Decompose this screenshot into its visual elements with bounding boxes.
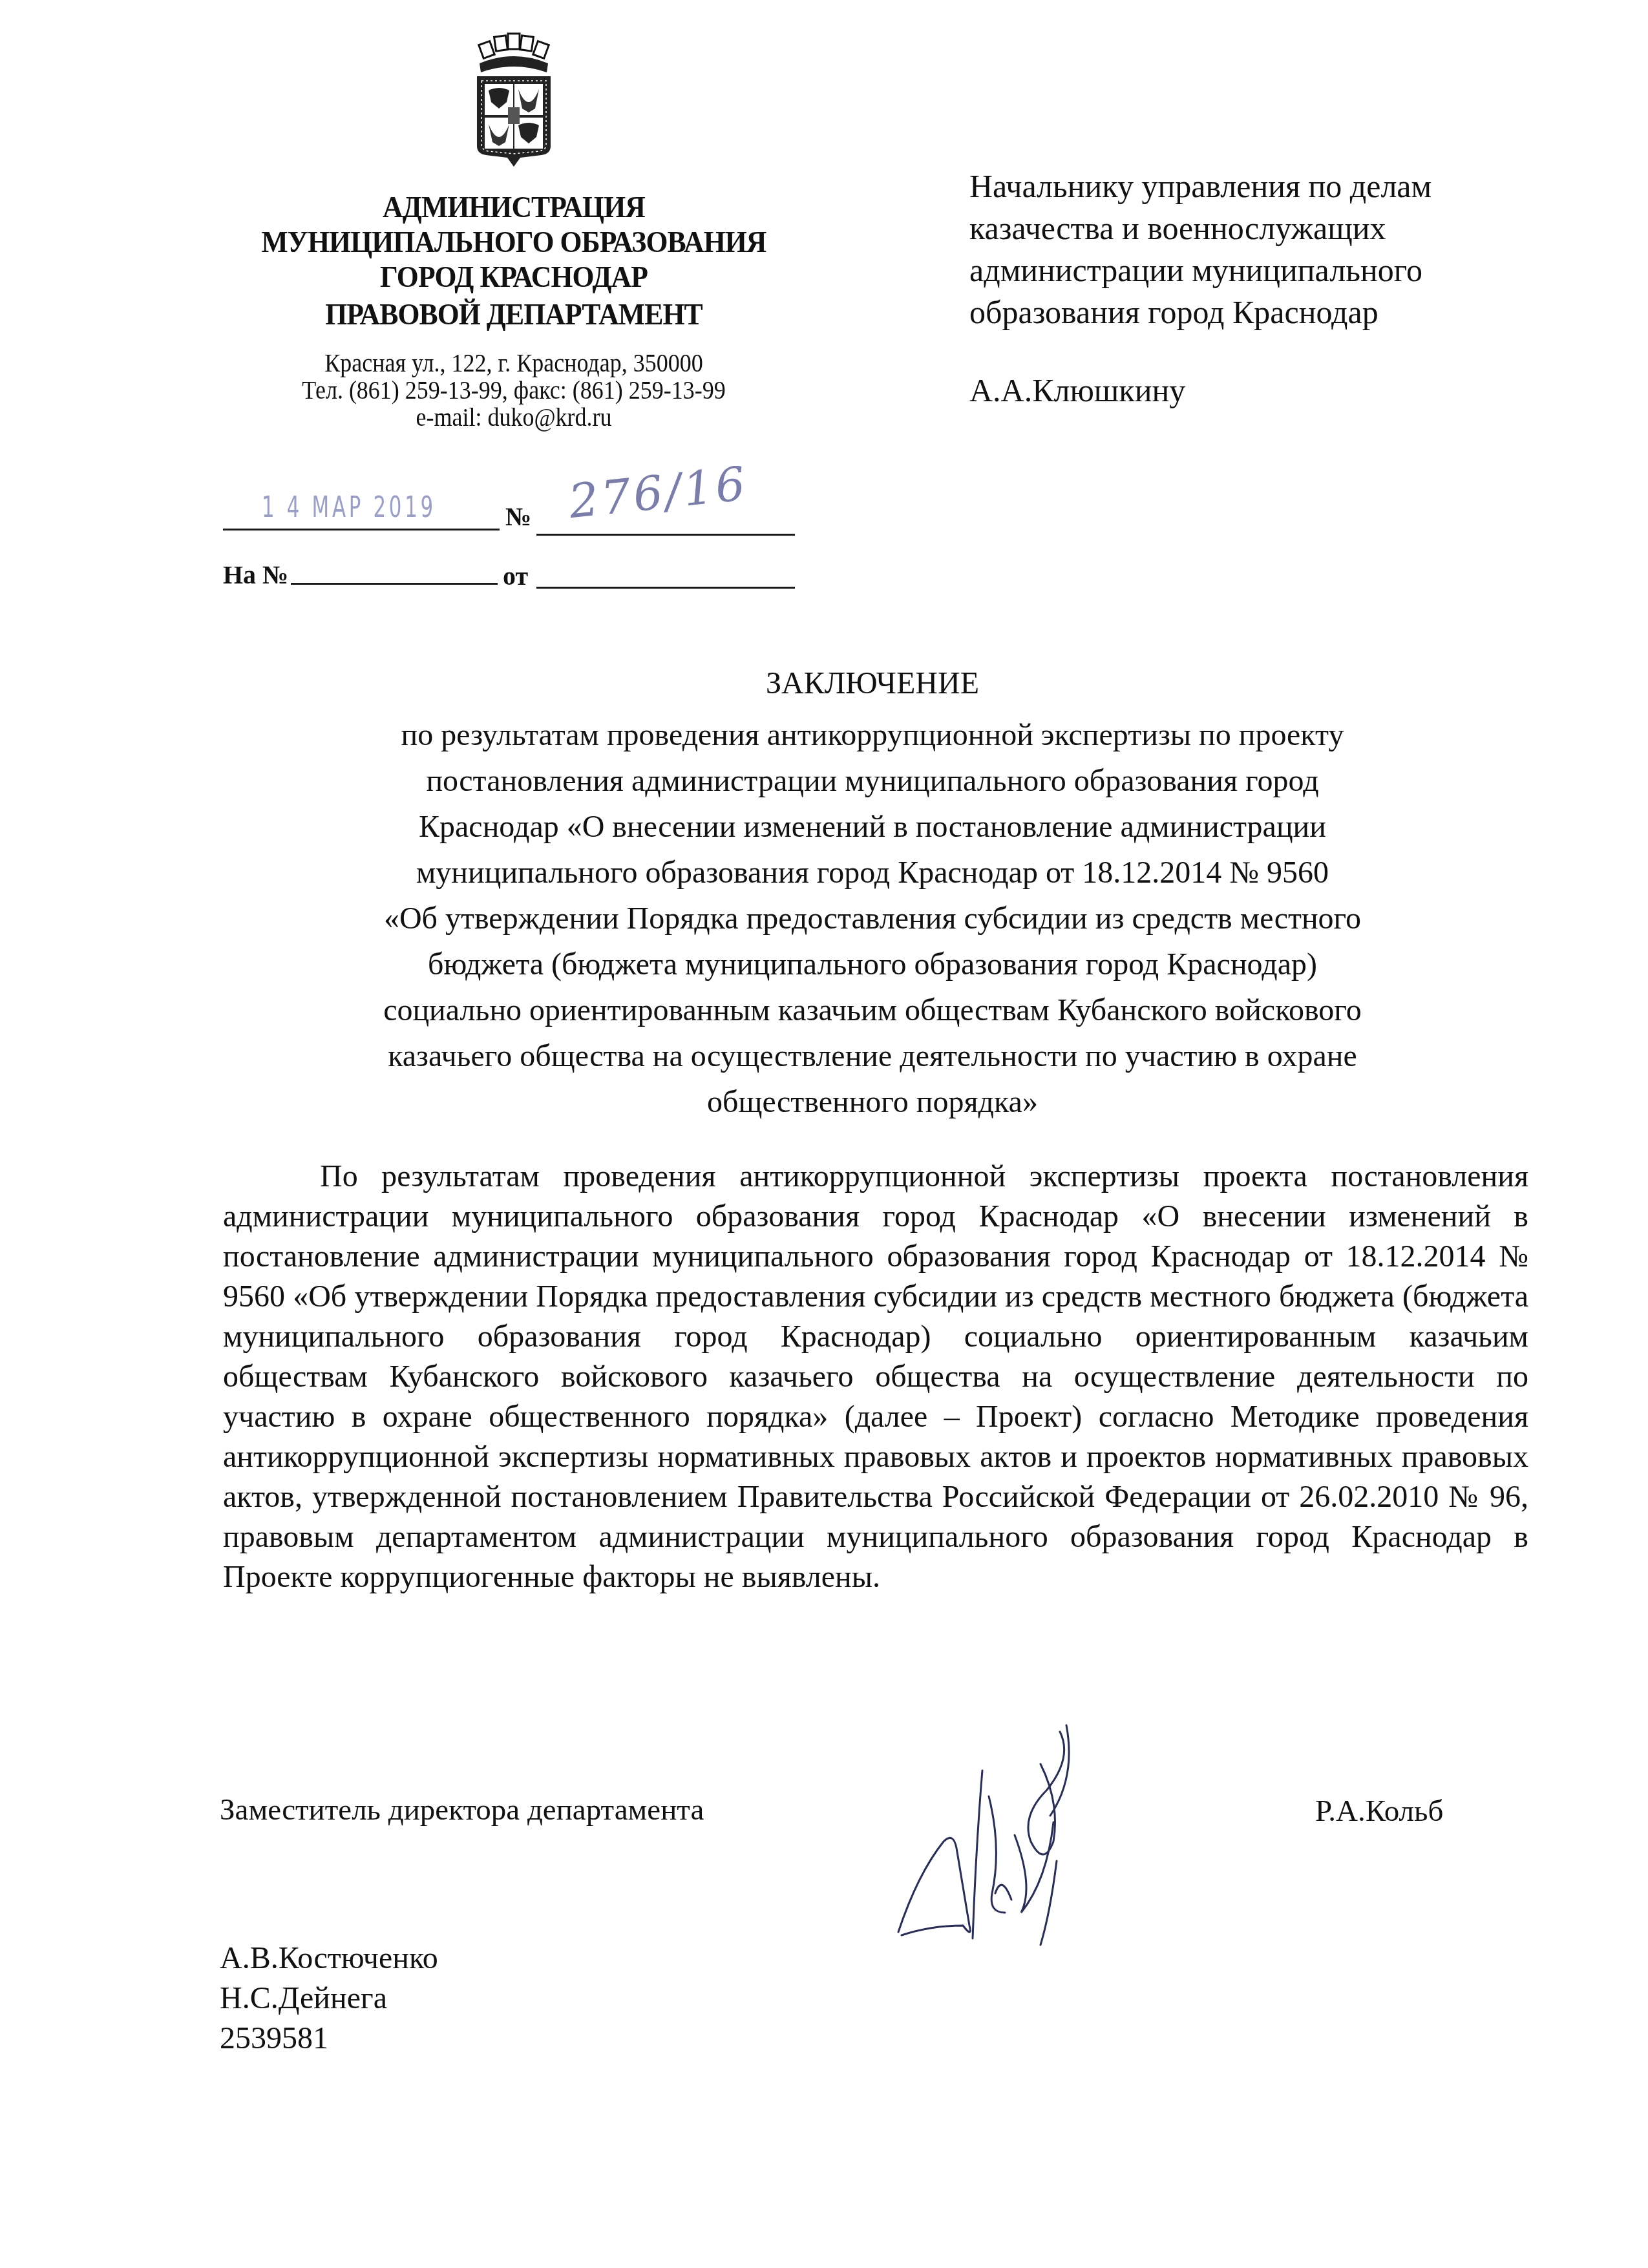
number-label: № <box>505 504 531 530</box>
handwritten-signature-icon <box>892 1719 1163 1964</box>
org-name-line-2: МУНИЦИПАЛЬНОГО ОБРАЗОВАНИЯ <box>217 227 812 258</box>
subject-line: муниципального образования город Краснод… <box>194 850 1551 896</box>
reply-number-field[interactable] <box>291 583 498 585</box>
subject-line: Краснодар «О внесении изменений в постан… <box>194 804 1551 850</box>
phone-fax: Тел. (861) 259-13-99, факс: (861) 259-13… <box>226 377 802 403</box>
number-underline <box>536 534 795 536</box>
email[interactable]: e-mail: duko@krd.ru <box>226 404 802 430</box>
recipient-line: казачества и военнослужащих <box>969 207 1431 249</box>
recipient-block: Начальнику управления по делам казачеств… <box>969 165 1431 333</box>
signatory-name: Р.А.Кольб <box>1315 1796 1443 1827</box>
date-stamp: 1 4 МАР 2019 <box>262 491 436 524</box>
executor-phone: 2539581 <box>220 2019 438 2059</box>
executors-block: А.В.Костюченко Н.С.Дейнега 2539581 <box>220 1938 438 2059</box>
body-paragraph: По результатам проведения антикоррупцион… <box>223 1157 1528 1597</box>
document-heading: ЗАКЛЮЧЕНИЕ <box>194 666 1551 701</box>
department-name: ПРАВОВОЙ ДЕПАРТАМЕНТ <box>217 300 812 330</box>
org-name-line-1: АДМИНИСТРАЦИЯ <box>217 193 812 223</box>
reply-from-label: от <box>503 563 528 589</box>
subject-line: социально ориентированным казачьим общес… <box>194 987 1551 1033</box>
recipient-line: образования город Краснодар <box>969 291 1431 333</box>
date-underline <box>223 529 500 530</box>
subject-line: общественного порядка» <box>194 1079 1551 1125</box>
reply-date-field[interactable] <box>536 587 795 589</box>
recipient-name: А.А.Клюшкину <box>969 370 1185 412</box>
subject-line: по результатам проведения антикоррупцион… <box>194 712 1551 758</box>
subject-line: казачьего общества на осуществление деят… <box>194 1033 1551 1079</box>
coat-of-arms-icon <box>472 31 556 168</box>
subject-line: «Об утверждении Порядка предоставления с… <box>194 896 1551 941</box>
executor-name: А.В.Костюченко <box>220 1938 438 1979</box>
executor-name: Н.С.Дейнега <box>220 1979 438 2019</box>
subject-line: бюджета (бюджета муниципального образова… <box>194 941 1551 987</box>
reply-to-label: На № <box>223 562 288 588</box>
signatory-position: Заместитель директора департамента <box>220 1795 704 1825</box>
recipient-line: Начальнику управления по делам <box>969 165 1431 207</box>
subject-line: постановления администрации муниципально… <box>194 758 1551 804</box>
document-subject: по результатам проведения антикоррупцион… <box>194 712 1551 1125</box>
recipient-line: администрации муниципального <box>969 249 1431 291</box>
handwritten-number: 276/16 <box>566 456 750 529</box>
org-name-line-3: ГОРОД КРАСНОДАР <box>217 262 812 293</box>
address: Красная ул., 122, г. Краснодар, 350000 <box>226 350 802 376</box>
